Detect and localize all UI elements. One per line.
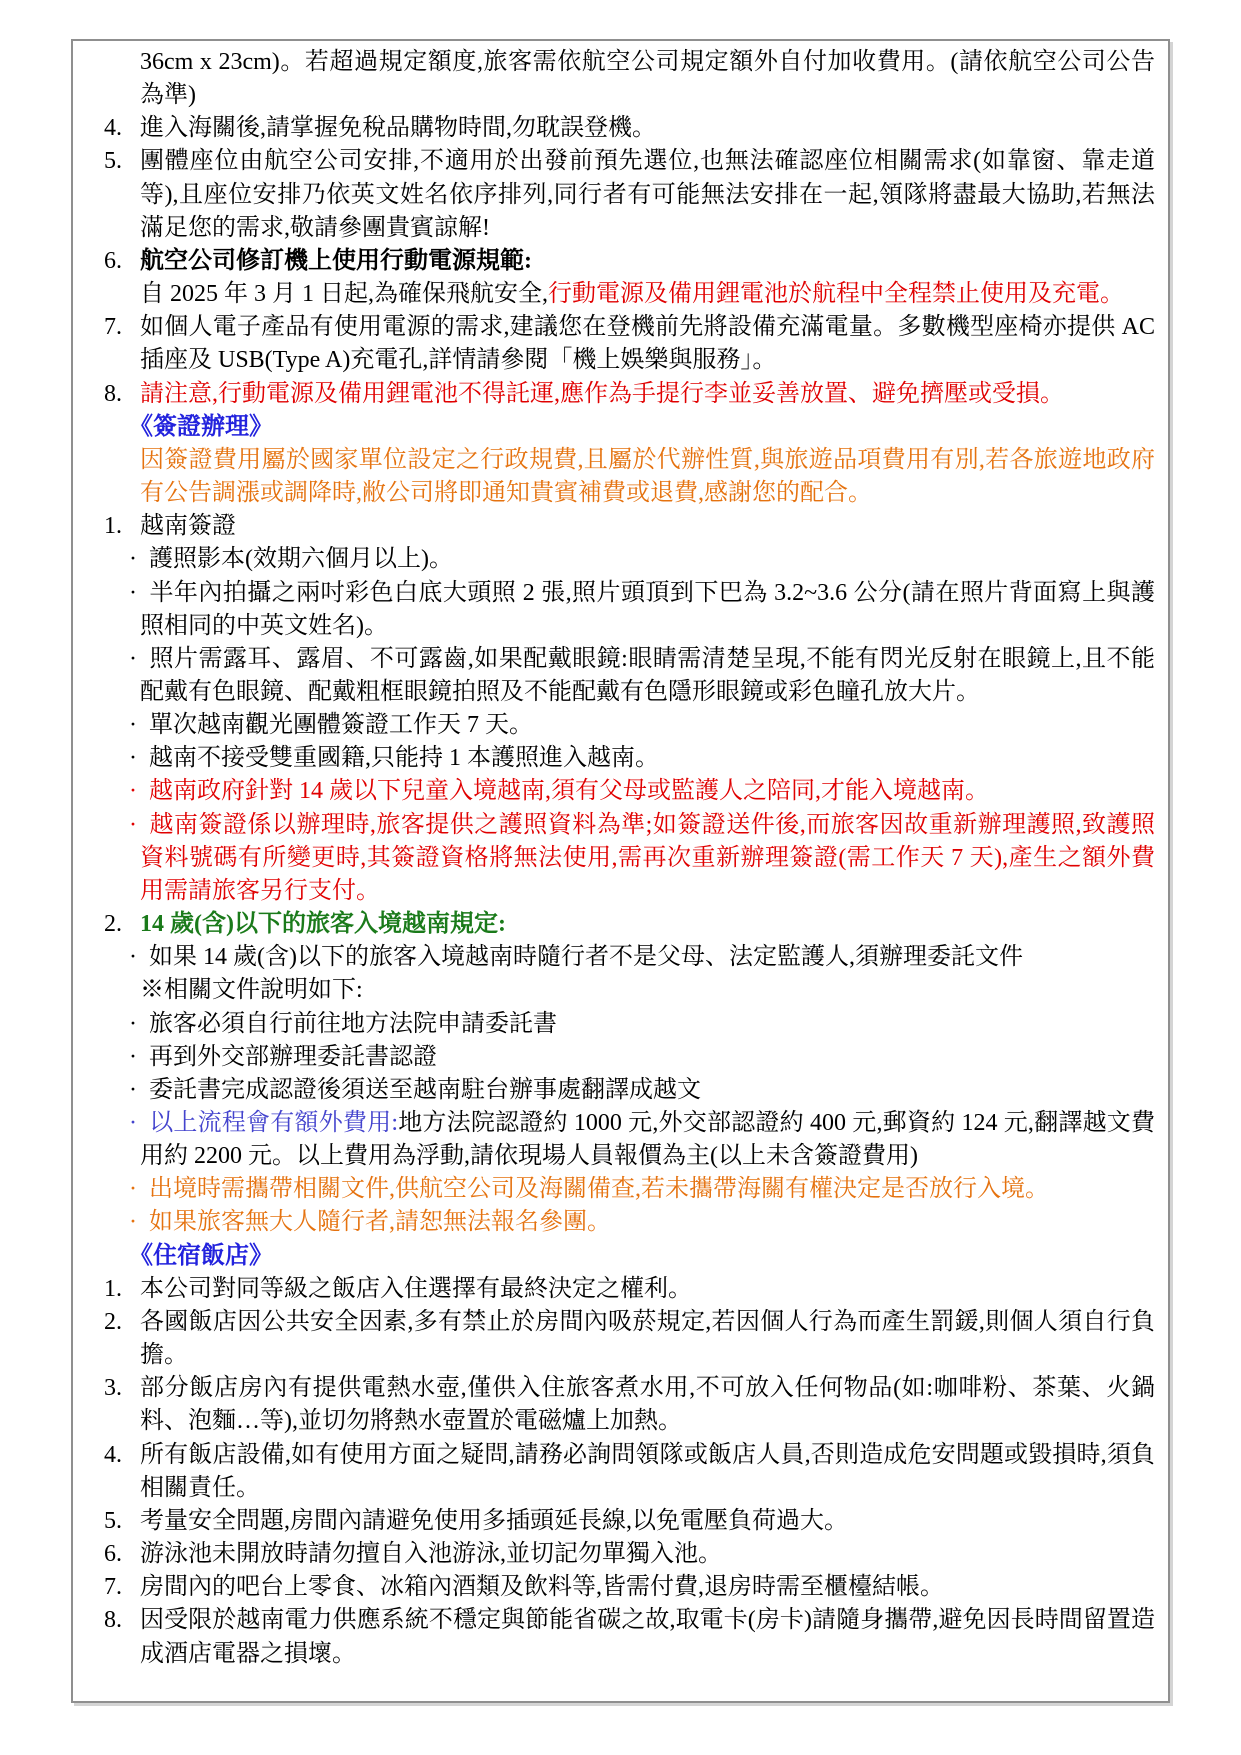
list-number: 6. xyxy=(104,1538,122,1571)
bullet-icon: · xyxy=(129,1011,137,1037)
text-segment: 房間內的吧台上零食、冰箱內酒類及飲料等,皆需付費,退房時需至櫃檯結帳。 xyxy=(140,1574,944,1600)
list-number: 3. xyxy=(104,1372,122,1405)
list-item: 5.考量安全問題,房間內請避免使用多插頭延長線,以免電壓負荷過大。 xyxy=(140,1505,1155,1538)
text-segment: 部分飯店房內有提供電熱水壺,僅供入住旅客煮水用,不可放入任何物品(如:咖啡粉、茶… xyxy=(140,1375,1155,1434)
document-body: 36cm x 23cm)。若超過規定額度,旅客需依航空公司規定額外自付加收費用。… xyxy=(73,41,1168,1701)
list-item: 8.因受限於越南電力供應系統不穩定與節能省碳之故,取電卡(房卡)請隨身攜帶,避免… xyxy=(140,1604,1155,1670)
bullet-icon: · xyxy=(129,778,137,804)
text-segment: 半年內拍攝之兩吋彩色白底大頭照 2 張,照片頭頂到下巴為 3.2~3.6 公分(… xyxy=(140,580,1155,639)
text-segment: 如果 14 歲(含)以下的旅客入境越南時隨行者不是父母、法定監護人,須辦理委託文… xyxy=(149,944,1023,970)
list-item: 2.各國飯店因公共安全因素,多有禁止於房間內吸菸規定,若因個人行為而產生罰鍰,則… xyxy=(140,1306,1155,1372)
section-heading: 《住宿飯店》 xyxy=(129,1240,1155,1273)
list-number: 6. xyxy=(104,245,122,278)
text-segment: 越南政府針對 14 歲以下兒童入境越南,須有父母或監護人之陪同,才能入境越南。 xyxy=(149,778,989,804)
list-number: 5. xyxy=(104,145,122,178)
list-item: 1.越南簽證 xyxy=(140,510,1155,543)
bullet-icon: · xyxy=(129,1077,137,1103)
text-segment: 越南不接受雙重國籍,只能持 1 本護照進入越南。 xyxy=(149,745,659,771)
bullet-item: ·委託書完成認證後須送至越南駐台辦事處翻譯成越文 xyxy=(140,1074,1155,1107)
text-segment: 團體座位由航空公司安排,不適用於出發前預先選位,也無法確認座位相關需求(如靠窗、… xyxy=(140,148,1155,240)
text-segment: 游泳池未開放時請勿擅自入池游泳,並切記勿單獨入池。 xyxy=(140,1541,722,1567)
bullet-item: ·半年內拍攝之兩吋彩色白底大頭照 2 張,照片頭頂到下巴為 3.2~3.6 公分… xyxy=(140,577,1155,643)
text-segment: 進入海關後,請掌握免稅品購物時間,勿耽誤登機。 xyxy=(140,115,656,141)
list-item: 4.所有飯店設備,如有使用方面之疑問,請務必詢問領隊或飯店人員,否則造成危安問題… xyxy=(140,1439,1155,1505)
bullet-item: ·越南不接受雙重國籍,只能持 1 本護照進入越南。 xyxy=(140,742,1155,775)
paragraph: 36cm x 23cm)。若超過規定額度,旅客需依航空公司規定額外自付加收費用。… xyxy=(140,46,1155,112)
bullet-icon: · xyxy=(129,944,137,970)
list-number: 5. xyxy=(104,1505,122,1538)
list-item: 4.進入海關後,請掌握免稅品購物時間,勿耽誤登機。 xyxy=(140,112,1155,145)
list-item: 8.請注意,行動電源及備用鋰電池不得託運,應作為手提行李並妥善放置、避免擠壓或受… xyxy=(140,378,1155,411)
list-item: 6.游泳池未開放時請勿擅自入池游泳,並切記勿單獨入池。 xyxy=(140,1538,1155,1571)
text-segment: 單次越南觀光團體簽證工作天 7 天。 xyxy=(149,712,533,738)
list-item: 7.房間內的吧台上零食、冰箱內酒類及飲料等,皆需付費,退房時需至櫃檯結帳。 xyxy=(140,1571,1155,1604)
text-segment: 如個人電子產品有使用電源的需求,建議您在登機前先將設備充滿電量。多數機型座椅亦提… xyxy=(140,314,1155,373)
list-item: 1.本公司對同等級之飯店入住選擇有最終決定之權利。 xyxy=(140,1273,1155,1306)
bullet-item: ·越南政府針對 14 歲以下兒童入境越南,須有父母或監護人之陪同,才能入境越南。 xyxy=(140,775,1155,808)
text-segment: 自 2025 年 3 月 1 日起,為確保飛航安全, xyxy=(140,281,548,307)
text-segment: 護照影本(效期六個月以上)。 xyxy=(149,546,453,572)
bullet-item: ·以上流程會有額外費用:地方法院認證約 1000 元,外交部認證約 400 元,… xyxy=(140,1107,1155,1173)
text-segment: 本公司對同等級之飯店入住選擇有最終決定之權利。 xyxy=(140,1276,692,1302)
bullet-icon: · xyxy=(129,1176,137,1202)
content-border-box: 36cm x 23cm)。若超過規定額度,旅客需依航空公司規定額外自付加收費用。… xyxy=(71,39,1170,1703)
text-segment: 如果旅客無大人隨行者,請恕無法報名參團。 xyxy=(149,1209,611,1235)
bullet-icon: · xyxy=(129,546,137,572)
text-segment: 越南簽證係以辦理時,旅客提供之護照資料為準;如簽證送件後,而旅客因故重新辦理護照… xyxy=(140,812,1155,904)
list-number: 8. xyxy=(104,378,122,411)
list-item: 2.14 歲(含)以下的旅客入境越南規定: xyxy=(140,908,1155,941)
text-segment: 航空公司修訂機上使用行動電源規範: xyxy=(140,248,532,274)
bullet-icon: · xyxy=(129,646,137,672)
list-number: 1. xyxy=(104,510,122,543)
bullet-item: ·單次越南觀光團體簽證工作天 7 天。 xyxy=(140,709,1155,742)
text-segment: 行動電源及備用鋰電池於航程中全程禁止使用及充電。 xyxy=(548,281,1124,307)
bullet-item: ·旅客必須自行前往地方法院申請委託書 xyxy=(140,1008,1155,1041)
bullet-item: ·護照影本(效期六個月以上)。 xyxy=(140,543,1155,576)
bullet-item: ·再到外交部辦理委託書認證 xyxy=(140,1041,1155,1074)
bullet-icon: · xyxy=(129,712,137,738)
list-number: 8. xyxy=(104,1604,122,1637)
bullet-icon: · xyxy=(129,1209,137,1235)
text-segment: 旅客必須自行前往地方法院申請委託書 xyxy=(149,1011,557,1037)
bullet-item: ·出境時需攜帶相關文件,供航空公司及海關備查,若未攜帶海關有權決定是否放行入境。 xyxy=(140,1173,1155,1206)
text-segment: 14 歲(含)以下的旅客入境越南規定: xyxy=(140,911,506,937)
text-segment: 因受限於越南電力供應系統不穩定與節能省碳之故,取電卡(房卡)請隨身攜帶,避免因長… xyxy=(140,1607,1155,1666)
section-heading: 《簽證辦理》 xyxy=(129,411,1155,444)
text-segment: 36cm x 23cm)。若超過規定額度,旅客需依航空公司規定額外自付加收費用。… xyxy=(140,49,1155,108)
text-segment: 委託書完成認證後須送至越南駐台辦事處翻譯成越文 xyxy=(149,1077,701,1103)
bullet-icon: · xyxy=(129,812,137,838)
bullet-icon: · xyxy=(129,580,137,606)
bullet-icon: · xyxy=(129,745,137,771)
text-segment: 越南簽證 xyxy=(140,513,236,539)
bullet-item: ·照片需露耳、露眉、不可露齒,如果配戴眼鏡:眼睛需清楚呈現,不能有閃光反射在眼鏡… xyxy=(140,643,1155,709)
text-segment: 《住宿飯店》 xyxy=(129,1243,273,1269)
text-segment: 請注意,行動電源及備用鋰電池不得託運,應作為手提行李並妥善放置、避免擠壓或受損。 xyxy=(140,381,1064,407)
list-number: 1. xyxy=(104,1273,122,1306)
text-segment: 考量安全問題,房間內請避免使用多插頭延長線,以免電壓負荷過大。 xyxy=(140,1508,848,1534)
text-segment: 出境時需攜帶相關文件,供航空公司及海關備查,若未攜帶海關有權決定是否放行入境。 xyxy=(149,1176,1049,1202)
text-segment: 所有飯店設備,如有使用方面之疑問,請務必詢問領隊或飯店人員,否則造成危安問題或毀… xyxy=(140,1442,1155,1501)
text-segment: 各國飯店因公共安全因素,多有禁止於房間內吸菸規定,若因個人行為而產生罰鍰,則個人… xyxy=(140,1309,1155,1368)
list-item: 6.航空公司修訂機上使用行動電源規範: xyxy=(140,245,1155,278)
bullet-item: ·越南簽證係以辦理時,旅客提供之護照資料為準;如簽證送件後,而旅客因故重新辦理護… xyxy=(140,809,1155,908)
list-number: 2. xyxy=(104,908,122,941)
list-number: 4. xyxy=(104,1439,122,1472)
list-item: 3.部分飯店房內有提供電熱水壺,僅供入住旅客煮水用,不可放入任何物品(如:咖啡粉… xyxy=(140,1372,1155,1438)
list-item: 7.如個人電子產品有使用電源的需求,建議您在登機前先將設備充滿電量。多數機型座椅… xyxy=(140,311,1155,377)
list-number: 7. xyxy=(104,1571,122,1604)
list-item: 5.團體座位由航空公司安排,不適用於出發前預先選位,也無法確認座位相關需求(如靠… xyxy=(140,145,1155,244)
paragraph: 因簽證費用屬於國家單位設定之行政規費,且屬於代辦性質,與旅遊品項費用有別,若各旅… xyxy=(140,444,1155,510)
bullet-icon: · xyxy=(129,1044,137,1070)
bullet-item: ·如果 14 歲(含)以下的旅客入境越南時隨行者不是父母、法定監護人,須辦理委託… xyxy=(140,941,1155,974)
text-segment: 因簽證費用屬於國家單位設定之行政規費,且屬於代辦性質,與旅遊品項費用有別,若各旅… xyxy=(140,447,1155,506)
text-segment: 再到外交部辦理委託書認證 xyxy=(149,1044,437,1070)
text-segment: 照片需露耳、露眉、不可露齒,如果配戴眼鏡:眼睛需清楚呈現,不能有閃光反射在眼鏡上… xyxy=(140,646,1155,705)
document-page: 36cm x 23cm)。若超過規定額度,旅客需依航空公司規定額外自付加收費用。… xyxy=(0,0,1241,1755)
list-number: 2. xyxy=(104,1306,122,1339)
text-segment: 《簽證辦理》 xyxy=(129,414,273,440)
paragraph: 自 2025 年 3 月 1 日起,為確保飛航安全,行動電源及備用鋰電池於航程中… xyxy=(140,278,1155,311)
paragraph: ※相關文件說明如下: xyxy=(140,974,1155,1007)
bullet-icon: · xyxy=(129,1110,137,1136)
list-number: 4. xyxy=(104,112,122,145)
text-segment: ※相關文件說明如下: xyxy=(140,977,363,1003)
text-segment: 以上流程會有額外費用: xyxy=(149,1110,398,1136)
bullet-item: ·如果旅客無大人隨行者,請恕無法報名參團。 xyxy=(140,1206,1155,1239)
list-number: 7. xyxy=(104,311,122,344)
